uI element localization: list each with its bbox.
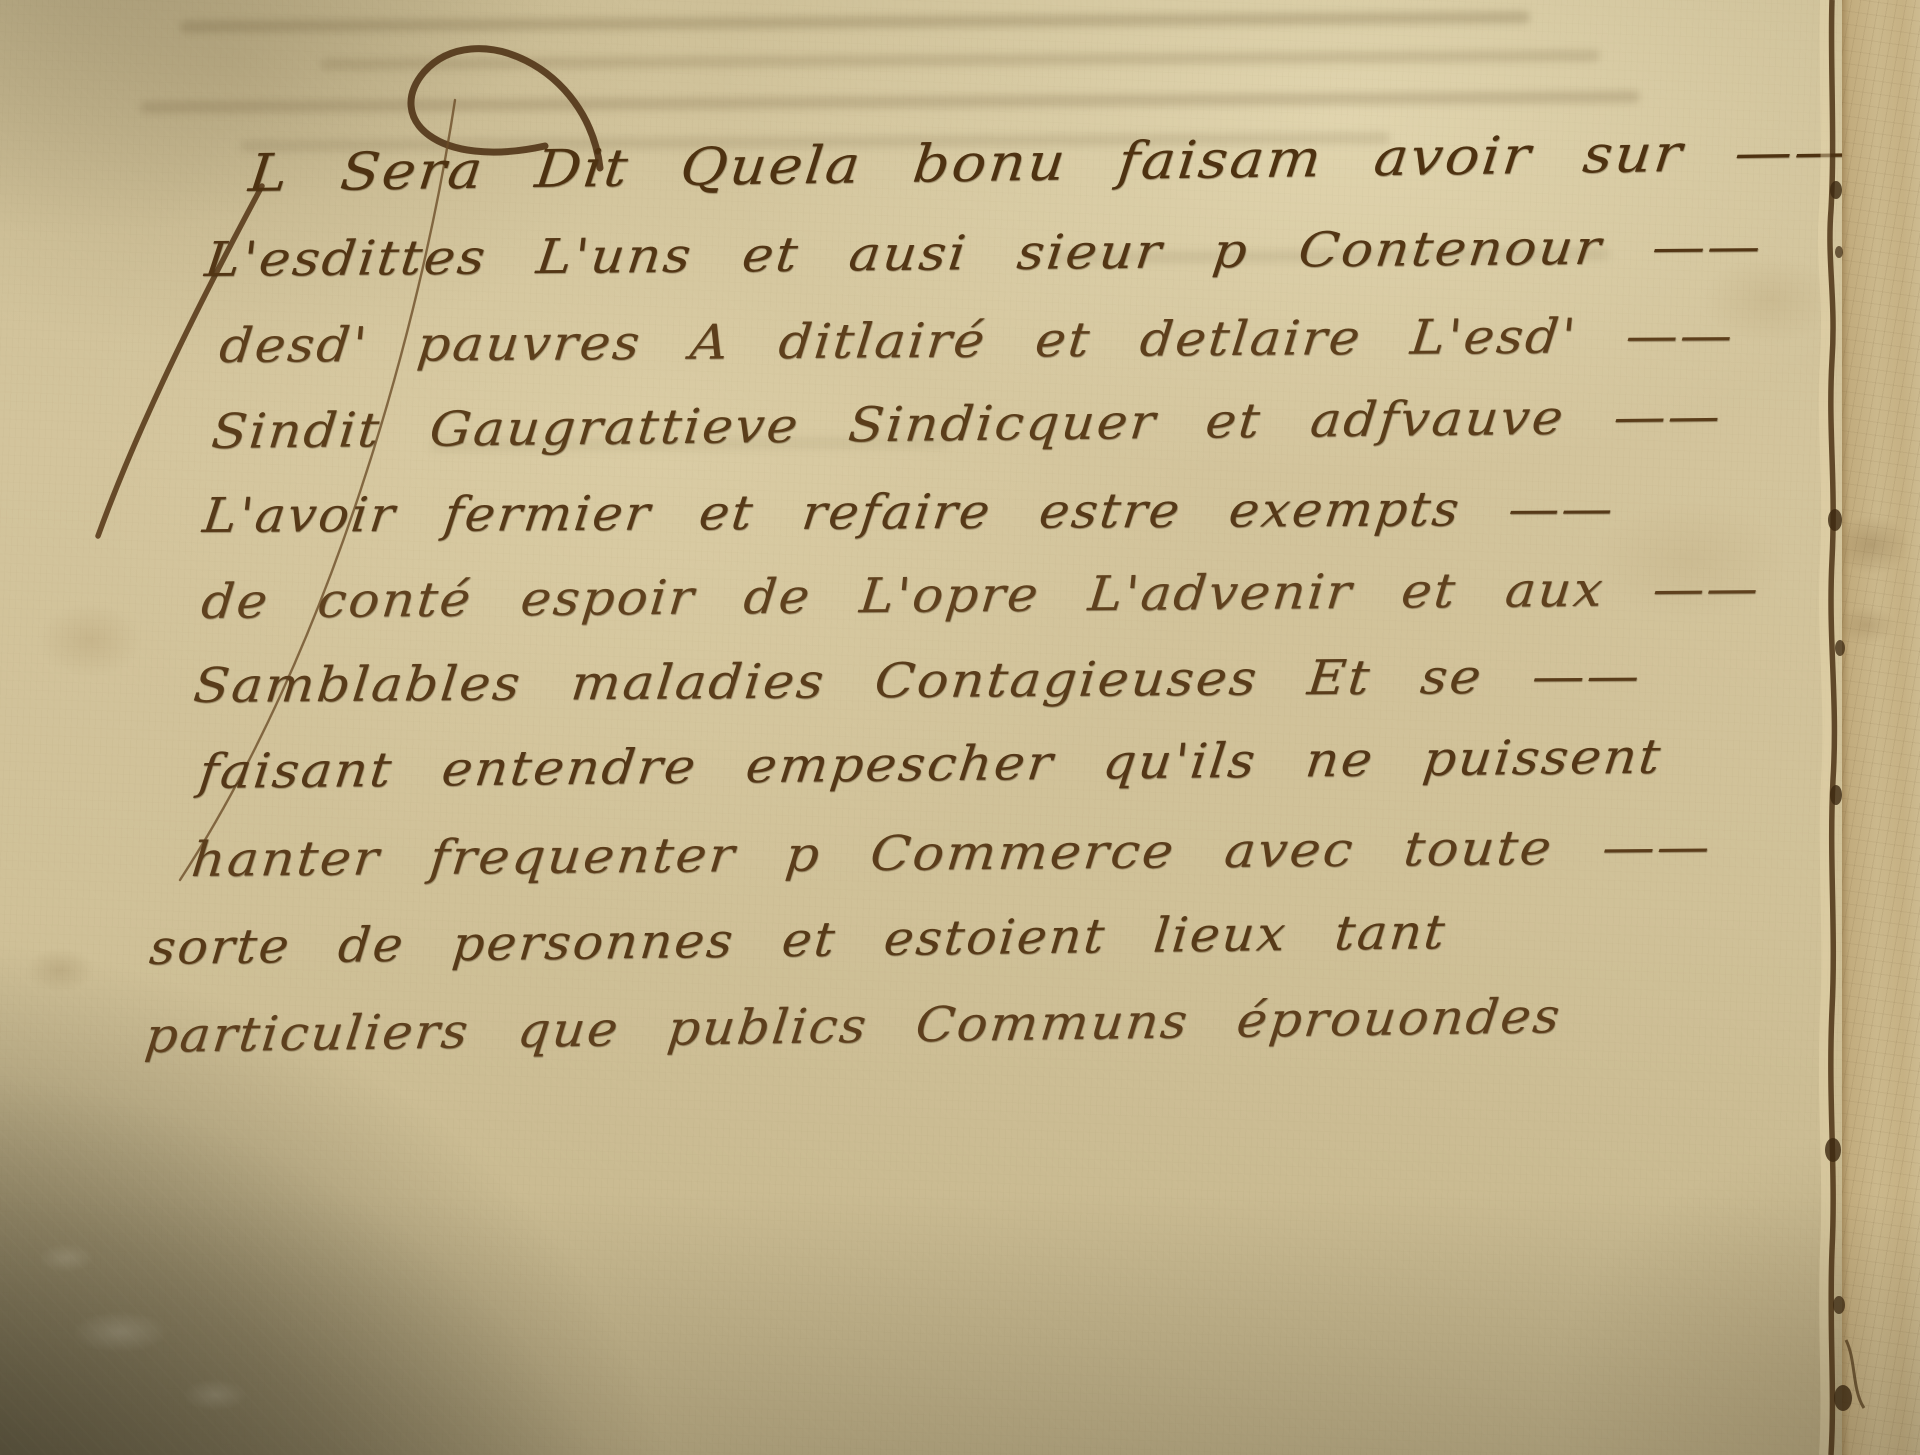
manuscript-line: Samblables maladies Contagieuses Et se —… (191, 652, 1643, 710)
manuscript-line: de conté espoir de L'opre L'advenir et a… (199, 564, 1762, 626)
manuscript-line: faisant entendre empescher qu'ils ne pui… (197, 733, 1665, 796)
manuscript-line: L'avoir fermier et refaire estre exempts… (200, 485, 1617, 540)
manuscript-line: L'esdittes L'uns et ausi sieur p Conteno… (203, 222, 1766, 284)
manuscript-line: hanter frequenter p Commerce avec toute … (189, 823, 1714, 884)
underlying-page-strip (1842, 0, 1920, 1455)
manuscript-line: desd' pauvres A ditlairé et detlaire L'e… (217, 311, 1736, 370)
manuscript-line: sorte de personnes et estoient lieux tan… (148, 908, 1449, 972)
paper-stains (0, 0, 1920, 1455)
manuscript-line: Sindit Gaugrattieve Sindicquer et adfvau… (209, 392, 1724, 456)
manuscript-photo: L Sera Dit Quela bonu faisam avoir sur —… (0, 0, 1920, 1455)
